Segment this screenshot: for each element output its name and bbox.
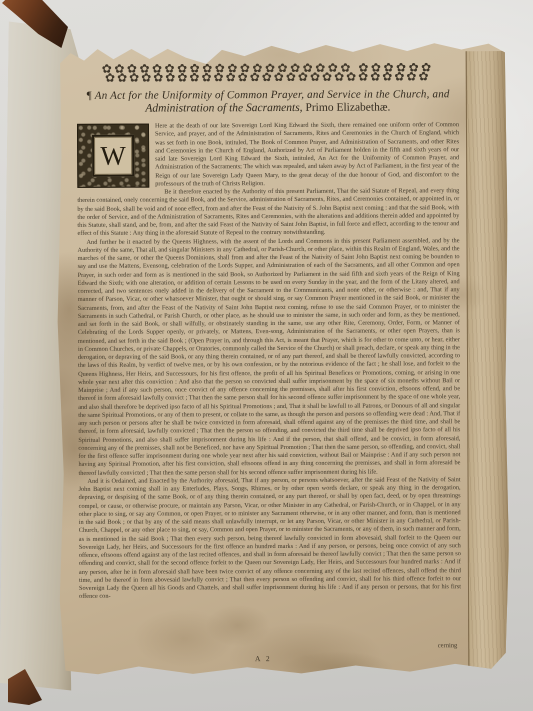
body-paragraph: Be it therefore enacted by the Authority… [77,187,459,238]
act-title-line-2: Administration of the Sacraments, Primo … [77,101,459,116]
catchword: cerning [438,642,458,649]
initial-letter-w: W [92,135,134,177]
fleuron-row-icon: ✿✿✿✿✿✿✿✿✿✿✿✿✿✿✿✿✿✿✿✿✿✿✿✿✿✿✿ [77,71,459,84]
act-title-line-1: ¶ An Act for the Uniformity of Common Pr… [77,88,459,103]
body-paragraph: And it is Ordained, and Enacted by the A… [79,476,462,601]
book-page: ✿✿✿✿✿✿✿✿✿✿✿✿✿✿✿✿✿✿✿✿ ✿✿✿✿✿✿ ✿✿✿✿✿✿✿✿✿✿✿✿… [55,41,510,677]
body-text: W Here at the death of our late Sovereig… [77,121,461,601]
act-title: ¶ An Act for the Uniformity of Common Pr… [77,88,459,116]
act-title-latin: Primo Elizabethæ. [305,102,390,114]
printed-sheet: ✿✿✿✿✿✿✿✿✿✿✿✿✿✿✿✿✿✿✿✿ ✿✿✿✿✿✿ ✿✿✿✿✿✿✿✿✿✿✿✿… [55,41,510,677]
ornament-border: ✿✿✿✿✿✿✿✿✿✿✿✿✿✿✿✿✿✿✿✿ ✿✿✿✿✿✿ ✿✿✿✿✿✿✿✿✿✿✿✿… [77,61,459,84]
signature-mark: A 2 [57,653,469,664]
act-title-line-2-italic: Administration of the Sacraments, [145,102,305,115]
decorated-initial-block: W [77,124,149,188]
book-photo: ✿✿✿✿✿✿✿✿✿✿✿✿✿✿✿✿✿✿✿✿ ✿✿✿✿✿✿ ✿✿✿✿✿✿✿✿✿✿✿✿… [0,0,533,711]
body-paragraph: And further be it enacted by the Queens … [77,237,460,478]
